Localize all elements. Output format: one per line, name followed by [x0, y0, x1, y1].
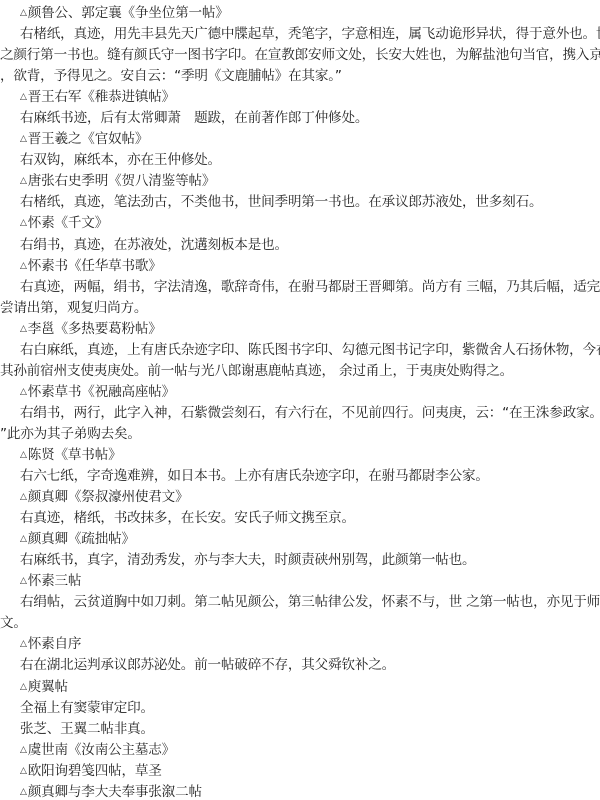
heading-text: 颜鲁公、郭定襄《争坐位第一帖》	[28, 5, 229, 21]
triangle-marker-icon: △	[20, 134, 27, 144]
paragraph-text: 右双钩，麻纸本，亦在王仲修处。	[20, 152, 221, 168]
paragraph-text: 右绢书，两行，此字入神，石紫微尝刻石，有六行在，不见前四行。问夷庚，云：“在王洙…	[20, 405, 600, 421]
triangle-marker-icon: △	[20, 492, 27, 502]
entry-text: 右真迹，楮纸，书改抹多，在长安。安氏子师文携至京。	[0, 508, 600, 529]
heading-text: 晋王右军《稚恭进镇帖》	[28, 89, 175, 105]
triangle-marker-icon: △	[20, 218, 27, 228]
paragraph-text: 右六七纸，字奇逸难辨，如日本书。上亦有唐氏杂迹字印，在驸马都尉李公家。	[20, 468, 489, 484]
triangle-marker-icon: △	[20, 8, 27, 18]
entry-text: ，欲背，予得见之。安自云：“季明《文鹿脯帖》在其家。”	[0, 66, 600, 87]
heading-text: 怀素三帖	[28, 573, 82, 589]
entry-text: 右在湖北运判承议郎苏泌处。前一帖破碎不存，其父舜钦补之。	[0, 655, 600, 676]
triangle-marker-icon: △	[20, 92, 27, 102]
triangle-marker-icon: △	[20, 324, 27, 334]
entry-heading: △晋王羲之《官奴帖》	[0, 129, 600, 150]
entry-heading: △颜鲁公、郭定襄《争坐位第一帖》	[0, 3, 600, 24]
paragraph-text: 右麻纸书，真字，清劲秀发，亦与李大夫，时颜责硖州别驾，此颜第一帖也。	[20, 552, 475, 568]
paragraph-text: 文。	[0, 615, 27, 631]
heading-text: 陈贤《草书帖》	[28, 447, 122, 463]
heading-text: 庾翼帖	[28, 679, 68, 695]
entry-heading: △颜真卿《祭叔濠州使君文》	[0, 487, 600, 508]
paragraph-text: ”此亦为其子弟购去矣。	[0, 426, 141, 442]
heading-text: 怀素自序	[28, 636, 82, 652]
entry-heading: △怀素《千文》	[0, 213, 600, 234]
document-body: △颜鲁公、郭定襄《争坐位第一帖》右楮纸，真迹，用先丰县先天广德中牒起草，秃笔字，…	[0, 0, 600, 800]
heading-text: 唐张右史季明《贺八清鉴等帖》	[28, 173, 216, 189]
paragraph-text: 右真迹，楮纸，书改抹多，在长安。安氏子师文携至京。	[20, 510, 355, 526]
entry-heading: △唐张右史季明《贺八清鉴等帖》	[0, 171, 600, 192]
entry-text: 尝请出第，观复归尚方。	[0, 298, 600, 319]
entry-text: 右楮纸，真迹，笔法劲古，不类他书，世间季明第一书也。在承议郎苏液处，世多刻石。	[0, 192, 600, 213]
entry-heading: △庾翼帖	[0, 677, 600, 698]
entry-text: 右麻纸书，真字，清劲秀发，亦与李大夫，时颜责硖州别驾，此颜第一帖也。	[0, 550, 600, 571]
entry-text: 右六七纸，字奇逸难辨，如日本书。上亦有唐氏杂迹字印，在驸马都尉李公家。	[0, 466, 600, 487]
paragraph-text: 右在湖北运判承议郎苏泌处。前一帖破碎不存，其父舜钦补之。	[20, 657, 395, 673]
entry-heading: △怀素书《任华草书歌》	[0, 256, 600, 277]
triangle-marker-icon: △	[20, 787, 27, 797]
entry-text: 右双钩，麻纸本，亦在王仲修处。	[0, 150, 600, 171]
paragraph-text: 之颜行第一书也。缝有颜氏守一图书字印。在宣教郎安师文处，长安大姓也，为解盐池句当…	[0, 47, 600, 63]
paragraph-text: 全福上有窦蒙审定印。	[20, 700, 154, 716]
entry-text: 右麻纸书迹，后有太常卿萧 题跋，在前著作郎丁仲修处。	[0, 108, 600, 129]
heading-text: 虞世南《汝南公主墓志》	[28, 742, 175, 758]
paragraph-text: 右楮纸，真迹，用先丰县先天广德中牒起草，秃笔字，字意相连，属飞动诡形异状，得于意…	[20, 26, 600, 42]
heading-text: 怀素书《任华草书歌》	[28, 258, 162, 274]
paragraph-text: 右绢书，真迹，在苏液处，沈遘刻板本是也。	[20, 237, 288, 253]
entry-text: 文。	[0, 613, 600, 634]
entry-text: ”此亦为其子弟购去矣。	[0, 424, 600, 445]
entry-heading: △晋王右军《稚恭进镇帖》	[0, 87, 600, 108]
entry-heading: △颜真卿与李大夫奉事张溆二帖	[0, 782, 600, 800]
triangle-marker-icon: △	[20, 387, 27, 397]
entry-text: 其孙前宿州支使夷庚处。前一帖与光八郎谢惠鹿帖真迹， 余过甬上，于夷庚处购得之。	[0, 361, 600, 382]
entry-heading: △怀素三帖	[0, 571, 600, 592]
triangle-marker-icon: △	[20, 176, 27, 186]
entry-text: 张芝、王翼二帖非真。	[0, 719, 600, 740]
entry-text: 右真迹，两幅，绢书，字法清逸，歌辞奇伟，在驸马都尉王晋卿第。尚方有 三幅，乃其后…	[0, 277, 600, 298]
triangle-marker-icon: △	[20, 576, 27, 586]
entry-text: 之颜行第一书也。缝有颜氏守一图书字印。在宣教郎安师文处，长安大姓也，为解盐池句当…	[0, 45, 600, 66]
entry-text: 右绢书，真迹，在苏液处，沈遘刻板本是也。	[0, 235, 600, 256]
heading-text: 颜真卿《疏拙帖》	[28, 531, 135, 547]
paragraph-text: ，欲背，予得见之。安自云：“季明《文鹿脯帖》在其家。”	[0, 68, 342, 84]
paragraph-text: 右真迹，两幅，绢书，字法清逸，歌辞奇伟，在驸马都尉王晋卿第。尚方有 三幅，乃其后…	[20, 279, 600, 295]
entry-heading: △怀素自序	[0, 634, 600, 655]
triangle-marker-icon: △	[20, 261, 27, 271]
paragraph-text: 其孙前宿州支使夷庚处。前一帖与光八郎谢惠鹿帖真迹， 余过甬上，于夷庚处购得之。	[0, 363, 513, 379]
heading-text: 颜真卿《祭叔濠州使君文》	[28, 489, 189, 505]
heading-text: 李邕《多热要葛粉帖》	[28, 321, 162, 337]
entry-heading: △李邕《多热要葛粉帖》	[0, 319, 600, 340]
triangle-marker-icon: △	[20, 450, 27, 460]
triangle-marker-icon: △	[20, 766, 27, 776]
entry-heading: △欧阳询碧笺四帖，草圣	[0, 761, 600, 782]
paragraph-text: 右麻纸书迹，后有太常卿萧 题跋，在前著作郎丁仲修处。	[20, 110, 368, 126]
heading-text: 颜真卿与李大夫奉事张溆二帖	[28, 784, 202, 800]
heading-text: 晋王羲之《官奴帖》	[28, 131, 149, 147]
paragraph-text: 右楮纸，真迹，笔法劲古，不类他书，世间季明第一书也。在承议郎苏液处，世多刻石。	[20, 194, 542, 210]
entry-text: 右绢帖，云贫道胸中如刀刺。第二帖见颜公，第三帖律公发，怀素不与，世 之第一帖也，…	[0, 592, 600, 613]
paragraph-text: 右绢帖，云贫道胸中如刀刺。第二帖见颜公，第三帖律公发，怀素不与，世 之第一帖也，…	[20, 594, 600, 610]
entry-text: 右白麻纸，真迹，上有唐氏杂迹字印、陈氏图书字印、勾德元图书记字印，紫微舍人石扬休…	[0, 340, 600, 361]
entry-heading: △怀素草书《祝融高座帖》	[0, 382, 600, 403]
heading-text: 怀素草书《祝融高座帖》	[28, 384, 175, 400]
entry-heading: △颜真卿《疏拙帖》	[0, 529, 600, 550]
triangle-marker-icon: △	[20, 534, 27, 544]
entry-text: 右绢书，两行，此字入神，石紫微尝刻石，有六行在，不见前四行。问夷庚，云：“在王洙…	[0, 403, 600, 424]
paragraph-text: 张芝、王翼二帖非真。	[20, 721, 154, 737]
entry-text: 右楮纸，真迹，用先丰县先天广德中牒起草，秃笔字，字意相连，属飞动诡形异状，得于意…	[0, 24, 600, 45]
entry-text: 全福上有窦蒙审定印。	[0, 698, 600, 719]
heading-text: 怀素《千文》	[28, 215, 108, 231]
entry-heading: △陈贤《草书帖》	[0, 445, 600, 466]
triangle-marker-icon: △	[20, 745, 27, 755]
entry-heading: △虞世南《汝南公主墓志》	[0, 740, 600, 761]
paragraph-text: 尝请出第，观复归尚方。	[0, 300, 147, 316]
triangle-marker-icon: △	[20, 682, 27, 692]
paragraph-text: 右白麻纸，真迹，上有唐氏杂迹字印、陈氏图书字印、勾德元图书记字印，紫微舍人石扬休…	[20, 342, 600, 358]
heading-text: 欧阳询碧笺四帖，草圣	[28, 763, 162, 779]
triangle-marker-icon: △	[20, 639, 27, 649]
